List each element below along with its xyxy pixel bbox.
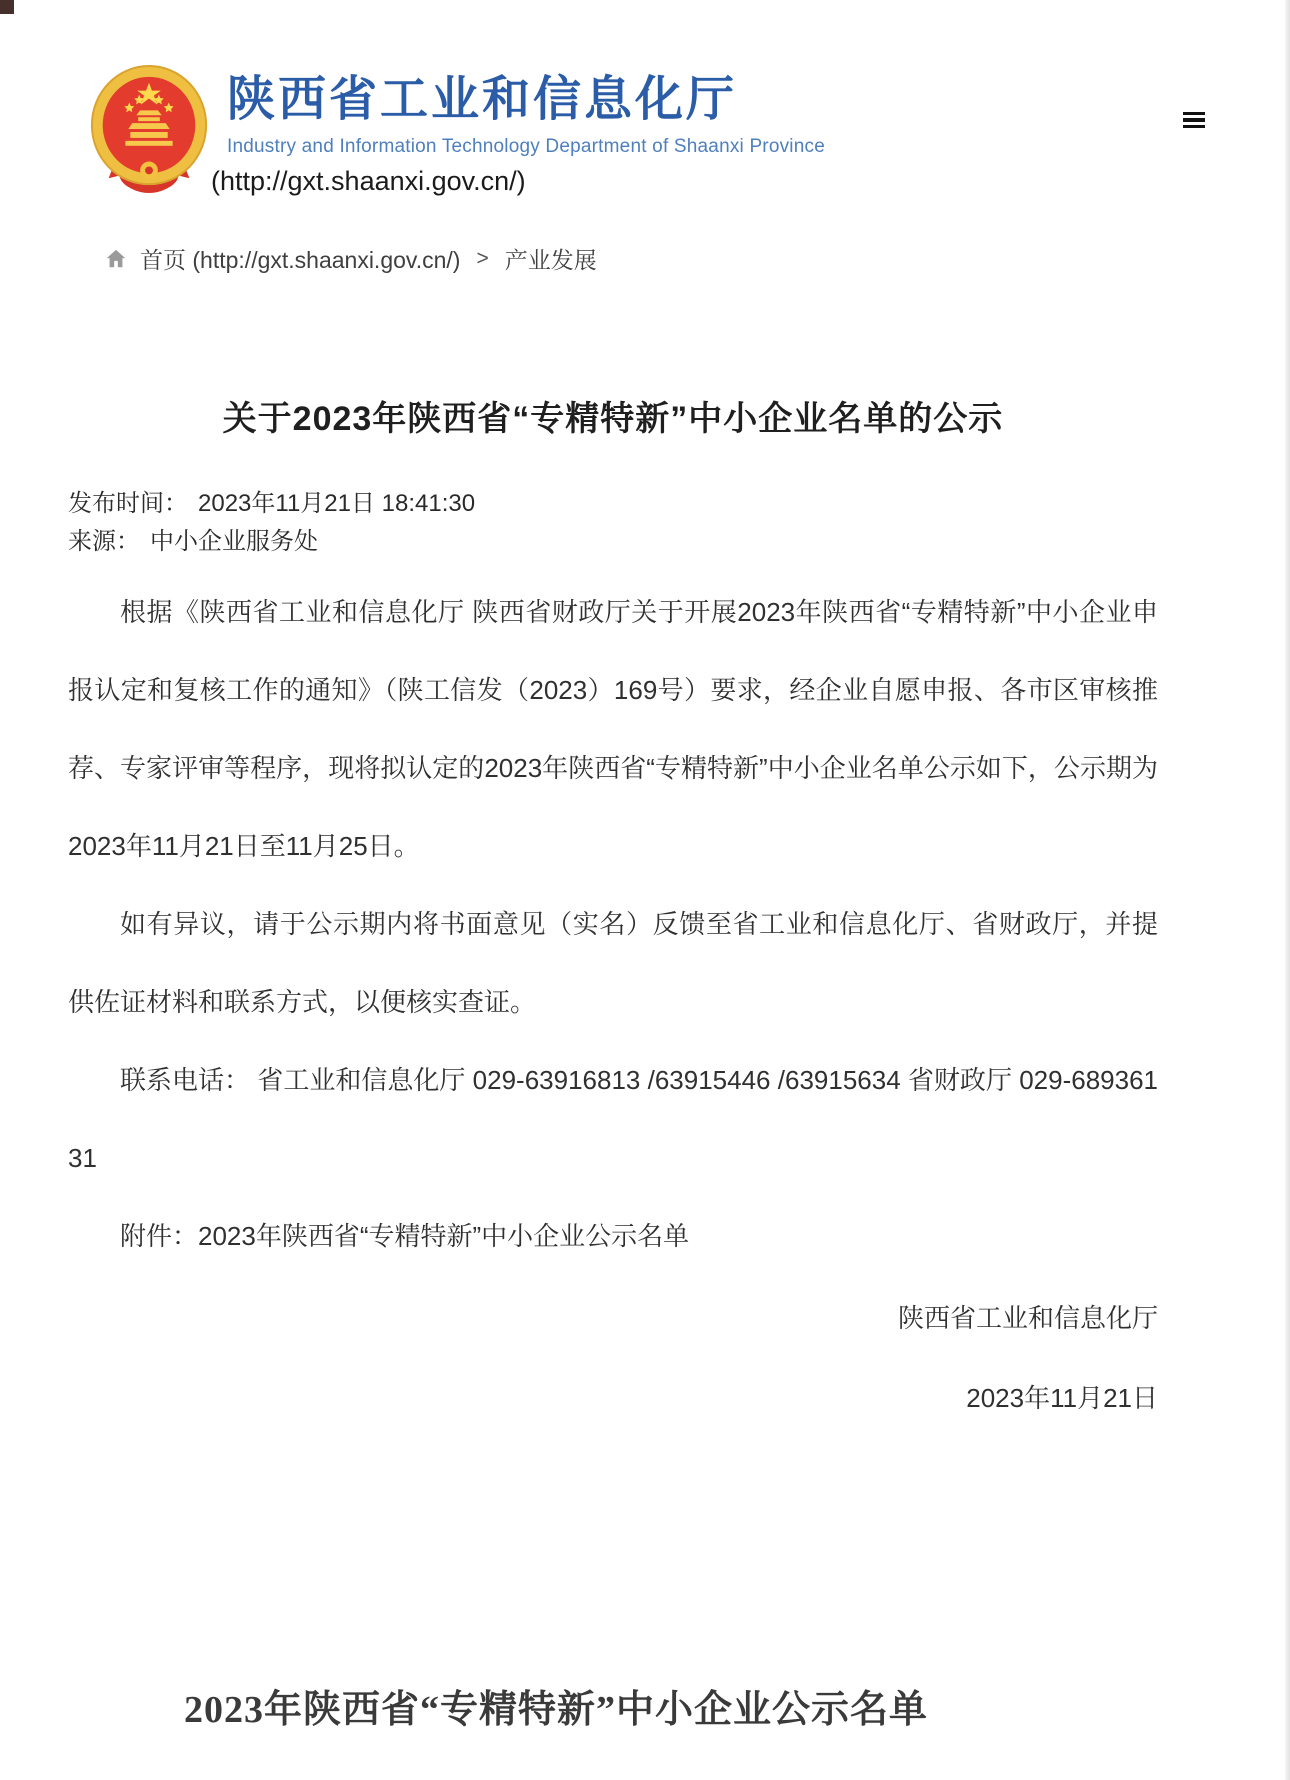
signature-date: 2023年11月21日: [68, 1359, 1158, 1437]
hamburger-menu-icon[interactable]: [1183, 112, 1205, 128]
article: 关于2023年陕西省“专精特新”中小企业名单的公示 发布时间：2023年11月2…: [68, 397, 1158, 1437]
breadcrumb-separator: >: [476, 247, 488, 271]
attachment-document-heading: 2023年陕西省“专精特新”中小企业公示名单: [184, 1678, 928, 1733]
site-url: (http://gxt.shaanxi.gov.cn/): [211, 166, 825, 197]
breadcrumb: 首页 (http://gxt.shaanxi.gov.cn/) > 产业发展: [104, 242, 1290, 275]
header-text: 陕西省工业和信息化厅 Industry and Information Tech…: [227, 74, 825, 197]
publish-time-value: 2023年11月21日 18:41:30: [198, 490, 475, 517]
paragraph-2: 如有异议，请于公示期内将书面意见（实名）反馈至省工业和信息化厅、省财政厅，并提供…: [68, 885, 1158, 1041]
article-meta: 发布时间：2023年11月21日 18:41:30 来源：中小企业服务处: [68, 485, 1158, 561]
attachment-line: 附件：2023年陕西省“专精特新”中小企业公示名单: [68, 1197, 1158, 1275]
signature-org: 陕西省工业和信息化厅: [68, 1279, 1158, 1357]
publish-time-label: 发布时间：: [68, 490, 188, 517]
paragraph-3-contacts: 联系电话： 省工业和信息化厅 029-63916813 /63915446 /6…: [68, 1041, 1158, 1197]
site-header: 陕西省工业和信息化厅 Industry and Information Tech…: [0, 0, 1290, 206]
source-line: 来源：中小企业服务处: [68, 523, 1158, 561]
breadcrumb-current[interactable]: 产业发展: [505, 242, 597, 275]
home-icon: [104, 248, 128, 270]
article-title: 关于2023年陕西省“专精特新”中小企业名单的公示: [68, 397, 1158, 441]
site-title[interactable]: 陕西省工业和信息化厅: [227, 74, 825, 127]
china-national-emblem-icon[interactable]: [85, 58, 213, 206]
article-body: 根据《陕西省工业和信息化厅 陕西省财政厅关于开展2023年陕西省“专精特新”中小…: [68, 573, 1158, 1437]
breadcrumb-home-link[interactable]: 首页 (http://gxt.shaanxi.gov.cn/): [140, 242, 460, 275]
site-subtitle: Industry and Information Technology Depa…: [227, 136, 825, 158]
page-edge-line: [1285, 0, 1290, 1780]
page: 陕西省工业和信息化厅 Industry and Information Tech…: [0, 0, 1290, 1780]
paragraph-1: 根据《陕西省工业和信息化厅 陕西省财政厅关于开展2023年陕西省“专精特新”中小…: [68, 573, 1158, 885]
publish-time-line: 发布时间：2023年11月21日 18:41:30: [68, 485, 1158, 523]
source-value: 中小企业服务处: [150, 528, 318, 555]
source-label: 来源：: [68, 528, 140, 555]
